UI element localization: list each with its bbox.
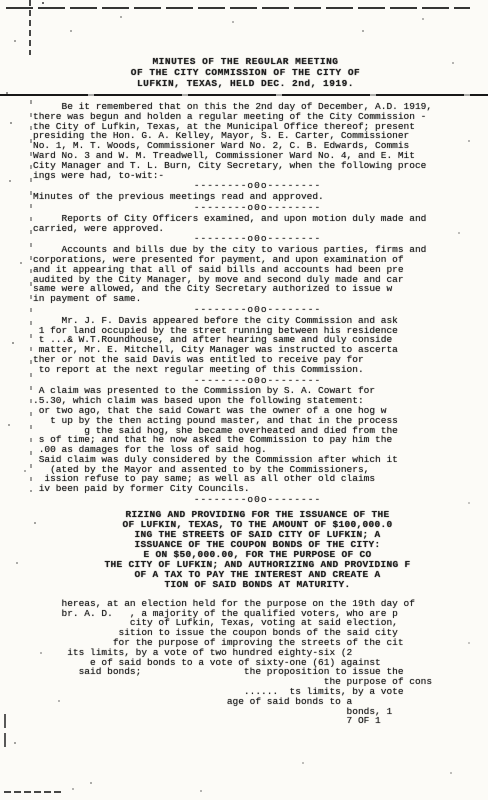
section-separator: --------o0o-------- bbox=[45, 203, 470, 213]
cowart-claim-paragraph: A claim was presented to the Commission … bbox=[33, 386, 458, 494]
scanned-document-page: MINUTES OF THE REGULAR MEETINGOF THE CIT… bbox=[0, 0, 488, 800]
scan-artifact-bottom-line bbox=[4, 791, 62, 793]
text-line: TION OF SAID BONDS AT MATURITY. bbox=[45, 580, 470, 590]
text-line: MINUTES OF THE REGULAR MEETING bbox=[33, 56, 458, 67]
whereas-election-paragraph: hereas, at an election held for the purp… bbox=[33, 599, 458, 726]
minutes-approved-paragraph: Minutes of the previous meetings read an… bbox=[33, 192, 458, 202]
section-separator: --------o0o-------- bbox=[45, 181, 470, 191]
document-body: MINUTES OF THE REGULAR MEETINGOF THE CIT… bbox=[0, 0, 488, 726]
title-underline bbox=[0, 94, 488, 96]
section-separator: --------o0o-------- bbox=[45, 495, 470, 505]
section-separator: --------o0o-------- bbox=[45, 305, 470, 315]
opening-paragraph: Be it remembered that on this the 2nd da… bbox=[33, 102, 458, 180]
text-line: OF THE CITY COMMISSION OF THE CITY OF bbox=[33, 67, 458, 78]
text-line: ings were had, to-wit:- bbox=[33, 171, 458, 181]
accounts-paragraph: Accounts and bills due by the city to va… bbox=[33, 245, 458, 304]
reports-paragraph: Reports of City Officers examined, and u… bbox=[33, 214, 458, 234]
text-line: LUFKIN, TEXAS, HELD DEC. 2nd, 1919. bbox=[33, 78, 458, 89]
bond-ordinance-caption: RIZING AND PROVIDING FOR THE ISSUANCE OF… bbox=[45, 510, 470, 590]
davis-paragraph: Mr. J. F. Davis appeared before the city… bbox=[33, 316, 458, 375]
text-line: to report at the next regular meeting of… bbox=[33, 365, 458, 375]
document-title: MINUTES OF THE REGULAR MEETINGOF THE CIT… bbox=[33, 56, 458, 89]
text-line: in payment of same. bbox=[33, 294, 458, 304]
text-line: iv been paid by former City Councils. bbox=[33, 484, 458, 494]
section-separator: --------o0o-------- bbox=[45, 234, 470, 244]
text-line: Minutes of the previous meetings read an… bbox=[33, 192, 458, 202]
text-line: carried, were approved. bbox=[33, 224, 458, 234]
section-separator: --------o0o-------- bbox=[45, 376, 470, 386]
text-line: 7 OF 1 bbox=[33, 716, 458, 726]
